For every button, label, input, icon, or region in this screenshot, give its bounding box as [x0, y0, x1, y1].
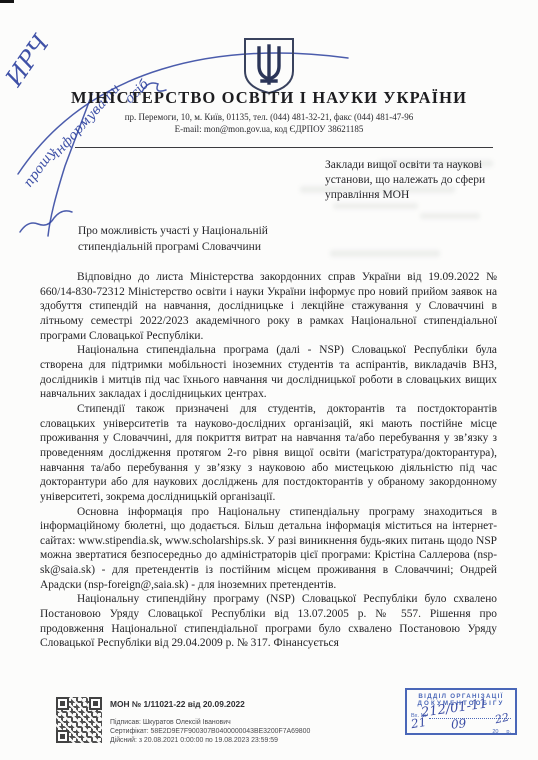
scan-artifact — [0, 0, 14, 3]
subject-line: Про можливість участі у Національній сти… — [78, 224, 318, 255]
body-paragraph: Основна інформація про Національну стипе… — [40, 505, 497, 593]
ukraine-trident-emblem — [243, 37, 295, 95]
signature-signer: Підписав: Шкуратов Олексій Іванович — [110, 718, 370, 727]
qr-code — [56, 697, 102, 743]
header-divider — [75, 147, 493, 148]
signature-validity: Дійсний: з 20.08.2021 0:00:00 по 19.08.2… — [110, 736, 370, 745]
body-paragraph: Відповідно до листа Міністерства закордо… — [40, 270, 497, 343]
bleed-through-mark — [330, 250, 440, 257]
bleed-through-mark — [420, 213, 480, 219]
signature-block: МОН № 1/11021-22 від 20.09.2022 Підписав… — [110, 699, 370, 746]
signature-certificate: Сертифікат: 58E2D9E7F900307B0400000043BE… — [110, 727, 370, 736]
body-paragraph: Національну стипендійну програму (NSP) С… — [40, 592, 497, 651]
registration-stamp: ВІДДІЛ ОРГАНІЗАЦІЇ ДОКУМЕНТООБІГУ Вх. № … — [405, 688, 517, 735]
qr-finder — [56, 730, 69, 743]
stamp-org-line1: ВІДДІЛ ОРГАНІЗАЦІЇ — [407, 693, 515, 700]
body-paragraph: Стипендії також призначені для студентів… — [40, 402, 497, 505]
address-line-1: пр. Перемоги, 10, м. Київ, 01135, тел. (… — [0, 112, 538, 122]
pen-stroke — [20, 211, 72, 232]
recipient-block: Заклади вищої освіти та наукові установи… — [325, 158, 517, 204]
body-paragraph: Національна стипендіальна програма (далі… — [40, 343, 497, 402]
stamp-org-line2: ДОКУМЕНТООБІГУ — [407, 700, 515, 707]
annotation-initials: ИРЧ — [0, 29, 56, 93]
stamp-field-label: Вх. № — [411, 713, 427, 719]
annotation-word: прошу — [21, 145, 59, 190]
stamp-dotline — [413, 727, 450, 735]
ministry-title: МІНІСТЕРСТВО ОСВІТИ І НАУКИ УКРАЇНИ — [0, 88, 538, 108]
address-line-2: E-mail: mon@mon.gov.ua, код ЄДРПОУ 38621… — [0, 124, 538, 134]
bleed-through-mark — [333, 203, 418, 209]
qr-finder — [56, 697, 69, 710]
stamp-dotline — [454, 727, 491, 735]
qr-finder — [89, 697, 102, 710]
stamp-year-suffix: р. — [506, 729, 511, 735]
document-page: ИРЧ прошу інформувати осіб МІНІСТЕРСТВО … — [0, 0, 538, 760]
document-number: МОН № 1/11021-22 від 20.09.2022 — [110, 699, 370, 709]
letter-body: Відповідно до листа Міністерства закордо… — [40, 270, 497, 651]
stamp-dotline — [429, 711, 511, 719]
